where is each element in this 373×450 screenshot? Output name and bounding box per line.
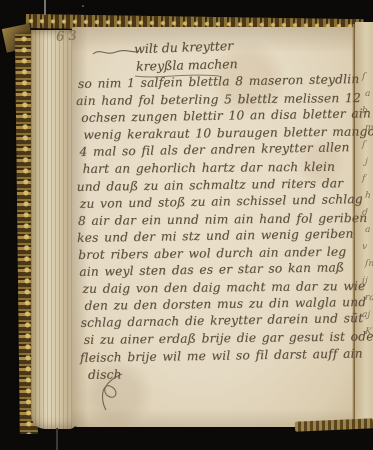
manuscript-line: fleisch brije wil me wil so fil darst au… [80, 345, 350, 366]
facing-page-fragment: ſm [365, 259, 373, 270]
ink-end-flourish [96, 372, 130, 412]
book-photograph: ſabmſjfhdavſmijraajK 63 wilt du kreytter… [0, 0, 373, 450]
facing-page-fragment: j [365, 157, 368, 167]
ink-flourish [92, 45, 140, 59]
folio-number: 63 [56, 28, 82, 45]
facing-page-fragment: h [365, 191, 371, 201]
page-block-edges [31, 30, 77, 429]
bookmark-thread-bottom [56, 428, 58, 450]
bookmark-thread-top [44, 0, 46, 15]
heading-line: wilt du kreytter [134, 37, 268, 57]
facing-page-fragment: a [365, 225, 371, 235]
facing-page-fragment: ſ [362, 72, 366, 82]
manuscript-lines: so nim 1 salfein blettla 8 maseron steyd… [76, 74, 350, 384]
gilt-page-edge [295, 418, 373, 431]
facing-page-fragment: f [362, 174, 366, 184]
facing-page-fragment: a [365, 89, 371, 99]
facing-page-fragment: v [362, 242, 368, 252]
facing-page-fragment: ſ [362, 140, 366, 150]
dust-speck [82, 5, 84, 7]
heading-line: kreyßla machen [136, 55, 268, 73]
recipe-heading: wilt du kreytter kreyßla machen [108, 39, 268, 72]
